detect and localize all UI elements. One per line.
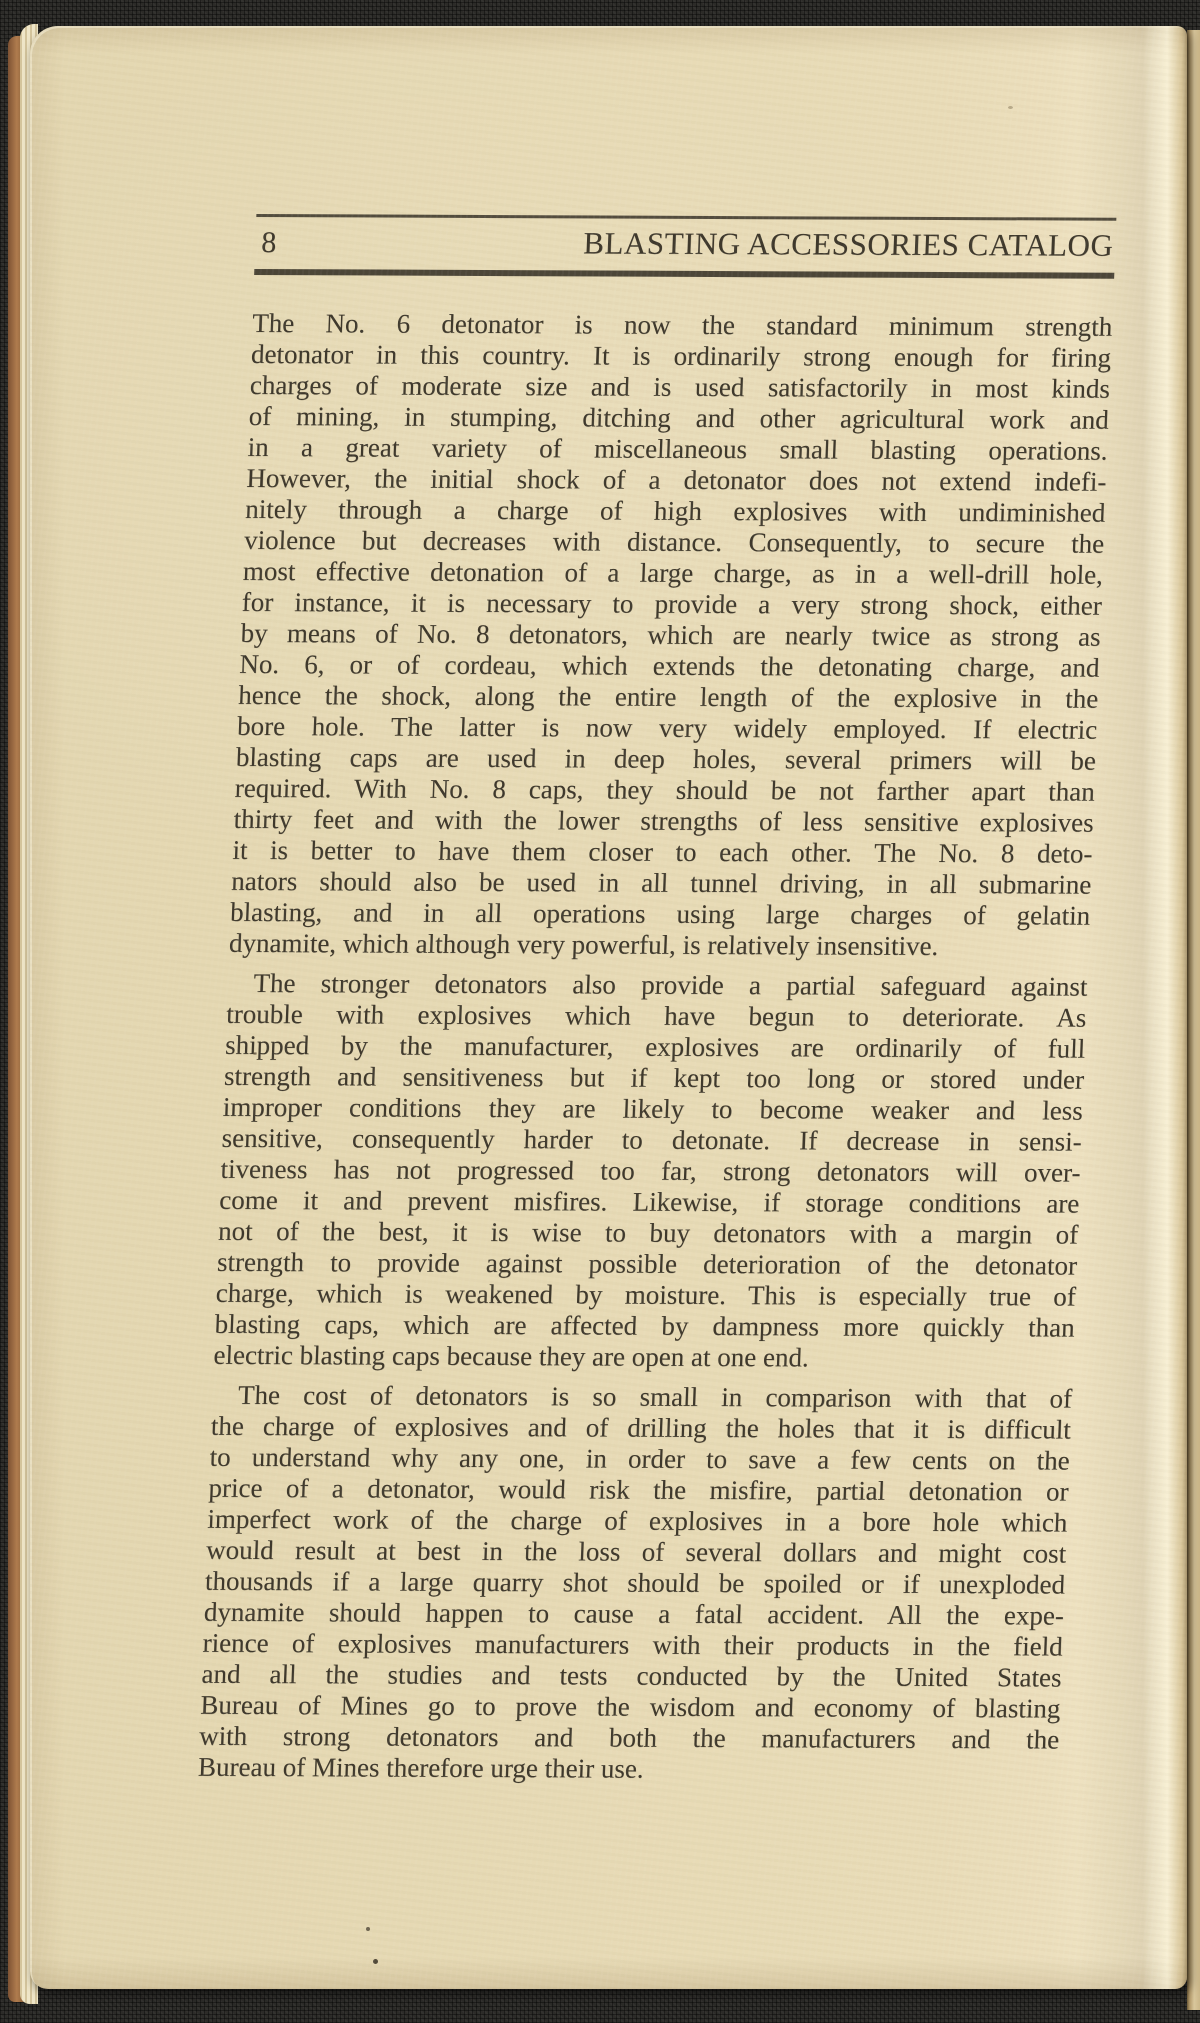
text-line: and all the studies and tests conducted …	[201, 1659, 1062, 1694]
paragraph: The stronger detonators also provide a p…	[213, 968, 1088, 1375]
text-line: hence the shock, along the entire length…	[238, 680, 1099, 715]
text-line: rience of explosives manufacturers with …	[202, 1628, 1063, 1663]
paragraph: The No. 6 detonator is now the standard …	[228, 308, 1112, 963]
text-line: with strong detonators and both the manu…	[199, 1721, 1060, 1756]
text-line: blasting, and in all operations using la…	[230, 897, 1091, 932]
text-line: would result at best in the loss of seve…	[206, 1535, 1067, 1570]
scan-speck	[373, 1959, 378, 1964]
text-line: detonator in this country. It is ordinar…	[251, 339, 1112, 374]
running-title: BLASTING ACCESSORIES CATALOG	[583, 225, 1114, 263]
text-line: sensitive, consequently harder to detona…	[221, 1123, 1082, 1158]
running-header: 8 BLASTING ACCESSORIES CATALOG	[254, 217, 1116, 273]
text-line: thirty feet and with the lower strengths…	[233, 804, 1094, 839]
text-line: The cost of detonators is so small in co…	[211, 1380, 1072, 1415]
text-line: No. 6, or of cordeau, which extends the …	[239, 649, 1100, 684]
text-line: for instance, it is necessary to provide…	[241, 587, 1102, 622]
text-line: the charge of explosives and of drilling…	[210, 1411, 1071, 1446]
scan-speck	[1008, 106, 1013, 109]
text-line: violence but decreases with distance. Co…	[244, 525, 1105, 560]
text-line: The stronger detonators also provide a p…	[227, 968, 1088, 1003]
text-line: not of the best, it is wise to buy deton…	[218, 1216, 1079, 1251]
scan-speck	[366, 1927, 370, 1931]
text-line: nitely through a charge of high explosiv…	[245, 494, 1106, 529]
text-line: strength to provide against possible det…	[216, 1247, 1077, 1282]
text-line: The No. 6 detonator is now the standard …	[252, 308, 1113, 343]
text-line: dynamite, which although very powerful, …	[228, 928, 1089, 963]
text-line: electric blasting caps because they are …	[213, 1340, 1074, 1375]
catalog-page: 8 BLASTING ACCESSORIES CATALOG The No. 6…	[30, 26, 1187, 1989]
page-content: 8 BLASTING ACCESSORIES CATALOG The No. 6…	[198, 198, 1117, 1787]
paragraph: The cost of detonators is so small in co…	[198, 1380, 1073, 1787]
text-line: blasting caps, which are affected by dam…	[214, 1309, 1075, 1344]
text-line: bore hole. The latter is now very widely…	[237, 711, 1098, 746]
text-line: dynamite should happen to cause a fatal …	[203, 1597, 1064, 1632]
text-line: price of a detonator, would risk the mis…	[208, 1473, 1069, 1508]
text-line: of mining, in stumping, ditching and oth…	[248, 401, 1109, 436]
text-line: Bureau of Mines therefore urge their use…	[198, 1752, 1059, 1787]
text-line: improper conditions they are likely to b…	[222, 1092, 1083, 1127]
text-line: imperfect work of the charge of explosiv…	[207, 1504, 1068, 1539]
next-page-edge	[1187, 30, 1200, 2010]
text-line: trouble with explosives which have begun…	[226, 999, 1087, 1034]
text-line: to understand why any one, in order to s…	[209, 1442, 1070, 1477]
text-line: nators should also be used in all tunnel…	[231, 866, 1092, 901]
book-scan: 8 BLASTING ACCESSORIES CATALOG The No. 6…	[0, 0, 1200, 2023]
text-line: Bureau of Mines go to prove the wisdom a…	[200, 1690, 1061, 1725]
text-line: it is better to have them closer to each…	[232, 835, 1093, 870]
text-line: thousands if a large quarry shot should …	[204, 1566, 1065, 1601]
text-line: required. With No. 8 caps, they should b…	[234, 773, 1095, 808]
text-line: by means of No. 8 detonators, which are …	[240, 618, 1101, 653]
text-line: charge, which is weakened by moisture. T…	[215, 1278, 1076, 1313]
text-line: blasting caps are used in deep holes, se…	[235, 742, 1096, 777]
text-line: come it and prevent misfires. Likewise, …	[219, 1185, 1080, 1220]
text-line: tiveness has not progressed too far, str…	[220, 1154, 1081, 1189]
text-line: charges of moderate size and is used sat…	[249, 370, 1110, 405]
page-number: 8	[261, 225, 277, 261]
text-line: in a great variety of miscellaneous smal…	[247, 432, 1108, 467]
text-line: shipped by the manufacturer, explosives …	[225, 1030, 1086, 1065]
body-text: The No. 6 detonator is now the standard …	[198, 308, 1113, 1787]
text-line: most effective detonation of a large cha…	[242, 556, 1103, 591]
text-line: However, the initial shock of a detonato…	[246, 463, 1107, 498]
text-line: strength and sensitiveness but if kept t…	[223, 1061, 1084, 1096]
scan-speck	[253, 1052, 257, 1055]
